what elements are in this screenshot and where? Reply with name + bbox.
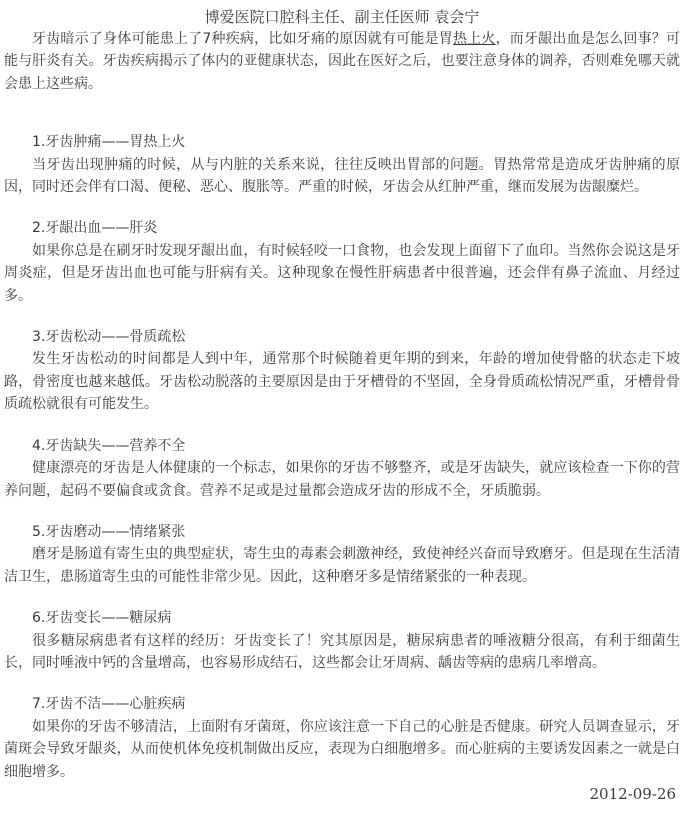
section-body: 当牙齿出现肿痛的时候，从与内脏的关系来说，往往反映出胃部的问题。胃热常常是造成牙… [4, 154, 680, 199]
intro-text-pre: 牙齿暗示了身体可能患上了7种疾病，比如牙痛的原因就有可能是胃 [32, 31, 453, 47]
section-loose-teeth: 3.牙齿松动——骨质疏松 发生牙齿松动的时间都是人到中年，通常那个时候随着更年期… [4, 326, 680, 416]
intro-paragraph: 牙齿暗示了身体可能患上了7种疾病，比如牙痛的原因就有可能是胃热上火，而牙龈出血是… [4, 28, 680, 95]
section-missing-teeth: 4.牙齿缺失——营养不全 健康漂亮的牙齿是人体健康的一个标志，如果你的牙齿不够整… [4, 435, 680, 502]
page-title: 博爱医院口腔科主任、副主任医师 袁会宁 [4, 6, 680, 28]
section-teeth-lengthening: 6.牙齿变长——糖尿病 很多糖尿病患者有这样的经历：牙齿变长了！究其原因是，糖尿… [4, 607, 680, 674]
keyword-link-shanghuo[interactable]: 热上火 [453, 31, 496, 47]
section-heading: 2.牙龈出血——肝炎 [4, 217, 680, 239]
section-gum-bleeding: 2.牙龈出血——肝炎 如果你总是在刷牙时发现牙龈出血，有时候轻咬一口食物，也会发… [4, 217, 680, 307]
section-body: 磨牙是肠道有寄生虫的典型症状，寄生虫的毒素会刺激神经，致使神经兴奋而导致磨牙。但… [4, 543, 680, 588]
section-tooth-swelling: 1.牙齿肿痛——胃热上火 当牙齿出现肿痛的时候，从与内脏的关系来说，往往反映出胃… [4, 131, 680, 198]
section-heading: 5.牙齿磨动——情绪紧张 [4, 521, 680, 543]
article: 博爱医院口腔科主任、副主任医师 袁会宁 牙齿暗示了身体可能患上了7种疾病，比如牙… [0, 6, 684, 804]
section-teeth-grinding: 5.牙齿磨动——情绪紧张 磨牙是肠道有寄生虫的典型症状，寄生虫的毒素会刺激神经，… [4, 521, 680, 588]
section-body: 发生牙齿松动的时间都是人到中年，通常那个时候随着更年期的到来，年龄的增加使骨骼的… [4, 348, 680, 415]
publish-date: 2012-09-26 [4, 784, 680, 804]
section-unclean-teeth: 7.牙齿不洁——心脏疾病 如果你的牙齿不够清洁，上面附有牙菌斑，你应该注意一下自… [4, 693, 680, 783]
section-body: 如果你的牙齿不够清洁，上面附有牙菌斑，你应该注意一下自己的心脏是否健康。研究人员… [4, 716, 680, 783]
section-heading: 6.牙齿变长——糖尿病 [4, 607, 680, 629]
section-body: 如果你总是在刷牙时发现牙龈出血，有时候轻咬一口食物，也会发现上面留下了血印。当然… [4, 240, 680, 307]
section-body: 很多糖尿病患者有这样的经历：牙齿变长了！究其原因是，糖尿病患者的唾液糖分很高，有… [4, 630, 680, 675]
section-heading: 1.牙齿肿痛——胃热上火 [4, 131, 680, 153]
section-heading: 7.牙齿不洁——心脏疾病 [4, 693, 680, 715]
section-heading: 4.牙齿缺失——营养不全 [4, 435, 680, 457]
section-body: 健康漂亮的牙齿是人体健康的一个标志，如果你的牙齿不够整齐，或是牙齿缺失，就应该检… [4, 457, 680, 502]
section-heading: 3.牙齿松动——骨质疏松 [4, 326, 680, 348]
